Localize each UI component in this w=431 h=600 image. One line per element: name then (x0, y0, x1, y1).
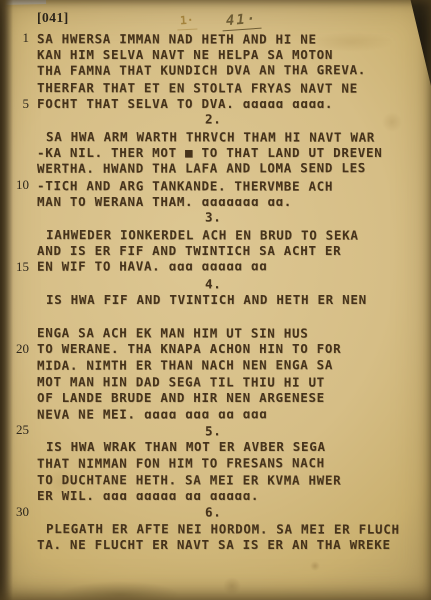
manuscript-text-line: 20TO WERANE. THA KNAPA ACHON HIN TO FOR (0, 341, 427, 357)
section-number-line: 2. (0, 112, 427, 128)
manuscript-text: IS HWA FIF AND TVINTICH AND HETH ER NEN (46, 292, 367, 307)
manuscript-text: 6. (205, 504, 221, 519)
page-header: [041] 1· 41· (0, 7, 431, 31)
chapter-mark: 1· (176, 12, 197, 30)
manuscript-text-line: THA FAMNA THAT KUNDICH DVA AN THA GREVA. (0, 63, 427, 79)
manuscript-text-line: TO DUCHTANE HETH. SA MEI ER KVMA HWER (0, 471, 427, 487)
pencil-page-number: 41· (221, 11, 261, 32)
header-marks: 1· 41· (176, 9, 261, 30)
section-number-line: 4. (0, 275, 427, 291)
manuscript-text: EN WIF TO HAVA. ɑɑɑ ɑɑɑɑɑ ɑɑ (37, 259, 267, 274)
folio-label: [041] (37, 10, 69, 26)
margin-line-number: 25 (0, 422, 29, 438)
manuscript-text: -KA NIL. THER MOT ■ TO THAT LAND UT DREV… (37, 145, 382, 160)
manuscript-text: -TICH AND ARG TANKANDE. THERVMBE ACH (37, 178, 333, 194)
manuscript-text-line (0, 308, 427, 324)
manuscript-text-line: TA. NE FLUCHT ER NAVT SA IS ER AN THA WR… (0, 537, 427, 553)
manuscript-text: THERFAR THAT ET EN STOLTA FRYAS NAVT NE (37, 80, 358, 96)
manuscript-text-line: 15EN WIF TO HAVA. ɑɑɑ ɑɑɑɑɑ ɑɑ (0, 259, 427, 275)
manuscript-text: TA. NE FLUCHT ER NAVT SA IS ER AN THA WR… (37, 537, 391, 552)
manuscript-text: ENGA SA ACH EK MAN HIM UT SIN HUS (37, 325, 308, 340)
manuscript-text-line: SA HWA ARM WARTH THRVCH THAM HI NAVT WAR (0, 128, 427, 144)
manuscript-text-line: THERFAR THAT ET EN STOLTA FRYAS NAVT NE (0, 79, 427, 95)
manuscript-text-line: OF LANDE BRUDE AND HIR NEN ARGENESE (0, 390, 427, 406)
section-number-line: 306. (0, 504, 427, 520)
manuscript-text: IS HWA WRAK THAN MOT ER AVBER SEGA (46, 439, 326, 454)
manuscript-text: THA FAMNA THAT KUNDICH DVA AN THA GREVA. (37, 63, 366, 79)
manuscript-text: PLEGATH ER AFTE NEI HORDOM. SA MEI ER FL… (46, 521, 400, 537)
manuscript-text: TO DUCHTANE HETH. SA MEI ER KVMA HWER (37, 472, 341, 488)
manuscript-text-line: MOT MAN HIN DAD SEGA TIL THIU HI UT (0, 373, 427, 389)
manuscript-text-line: ENGA SA ACH EK MAN HIM UT SIN HUS (0, 324, 427, 340)
manuscript-text: KAN HIM SELVA NAVT NE HELPA SA MOTON (37, 47, 333, 62)
margin-line-number: 1 (0, 30, 29, 46)
manuscript-text: 4. (205, 276, 221, 291)
manuscript-text-line: THAT NIMMAN FON HIM TO FRESANS NACH (0, 455, 427, 471)
manuscript-text-line: NEVA NE MEI. ɑɑɑɑ ɑɑɑ ɑɑ ɑɑɑ (0, 406, 427, 422)
section-number-line: 3. (0, 210, 427, 226)
manuscript-text: TO WERANE. THA KNAPA ACHON HIN TO FOR (37, 341, 341, 356)
manuscript-text-line: 10-TICH AND ARG TANKANDE. THERVMBE ACH (0, 177, 427, 193)
manuscript-text: SA HWERSA IMMAN NAD HETH AND HI NE (37, 31, 317, 46)
manuscript-text-block: 1SA HWERSA IMMAN NAD HETH AND HI NEKAN H… (0, 30, 427, 553)
margin-line-number: 20 (0, 341, 29, 357)
manuscript-page: [041] 1· 41· 1SA HWERSA IMMAN NAD HETH A… (0, 0, 431, 600)
manuscript-text: THAT NIMMAN FON HIM TO FRESANS NACH (37, 455, 325, 471)
manuscript-text: FOCHT THAT SELVA TO DVA. ɑɑɑɑɑ ɑɑɑɑ. (37, 96, 333, 111)
manuscript-text-line: PLEGATH ER AFTE NEI HORDOM. SA MEI ER FL… (0, 520, 427, 536)
section-number-line: 255. (0, 422, 427, 438)
manuscript-text: SA HWA ARM WARTH THRVCH THAM HI NAVT WAR (46, 129, 375, 145)
manuscript-text-line: KAN HIM SELVA NAVT NE HELPA SA MOTON (0, 46, 427, 62)
manuscript-text: ER WIL. ɑɑɑ ɑɑɑɑɑ ɑɑ ɑɑɑɑɑ. (37, 488, 259, 503)
margin-line-number: 10 (0, 177, 29, 193)
manuscript-text-line: MAN TO WERANA THAM. ɑɑɑɑɑɑɑ ɑɑ. (0, 193, 427, 209)
manuscript-text: MAN TO WERANA THAM. ɑɑɑɑɑɑɑ ɑɑ. (37, 194, 292, 209)
manuscript-text-line: AND IS ER FIF AND TWINTICH SA ACHT ER (0, 242, 427, 258)
manuscript-text-line: IS HWA WRAK THAN MOT ER AVBER SEGA (0, 439, 427, 455)
manuscript-text: 2. (205, 112, 221, 127)
margin-line-number: 30 (0, 504, 29, 520)
margin-line-number: 15 (0, 259, 29, 275)
manuscript-text: 5. (205, 423, 221, 438)
manuscript-text-line: 5FOCHT THAT SELVA TO DVA. ɑɑɑɑɑ ɑɑɑɑ. (0, 95, 427, 111)
manuscript-text-line: MIDA. NIMTH ER THAN NACH NEN ENGA SA (0, 357, 427, 373)
manuscript-text: WERTHA. HWAND THA LAFA AND LOMA SEND LES (37, 161, 366, 177)
manuscript-text-line: IAHWEDER IONKERDEL ACH EN BRUD TO SEKA (0, 226, 427, 242)
manuscript-text-line: 1SA HWERSA IMMAN NAD HETH AND HI NE (0, 30, 427, 46)
manuscript-text-line: IS HWA FIF AND TVINTICH AND HETH ER NEN (0, 292, 427, 308)
manuscript-text: OF LANDE BRUDE AND HIR NEN ARGENESE (37, 390, 325, 405)
manuscript-text-line: -KA NIL. THER MOT ■ TO THAT LAND UT DREV… (0, 144, 427, 160)
manuscript-text: MOT MAN HIN DAD SEGA TIL THIU HI UT (37, 374, 325, 390)
manuscript-text: MIDA. NIMTH ER THAN NACH NEN ENGA SA (37, 357, 333, 373)
manuscript-text: NEVA NE MEI. ɑɑɑɑ ɑɑɑ ɑɑ ɑɑɑ (37, 406, 267, 421)
manuscript-text: 3. (205, 210, 221, 225)
margin-line-number: 5 (0, 95, 29, 111)
manuscript-text-line: WERTHA. HWAND THA LAFA AND LOMA SEND LES (0, 161, 427, 177)
manuscript-text-line: ER WIL. ɑɑɑ ɑɑɑɑɑ ɑɑ ɑɑɑɑɑ. (0, 488, 427, 504)
manuscript-text: AND IS ER FIF AND TWINTICH SA ACHT ER (37, 243, 341, 258)
manuscript-text: IAHWEDER IONKERDEL ACH EN BRUD TO SEKA (46, 227, 359, 243)
